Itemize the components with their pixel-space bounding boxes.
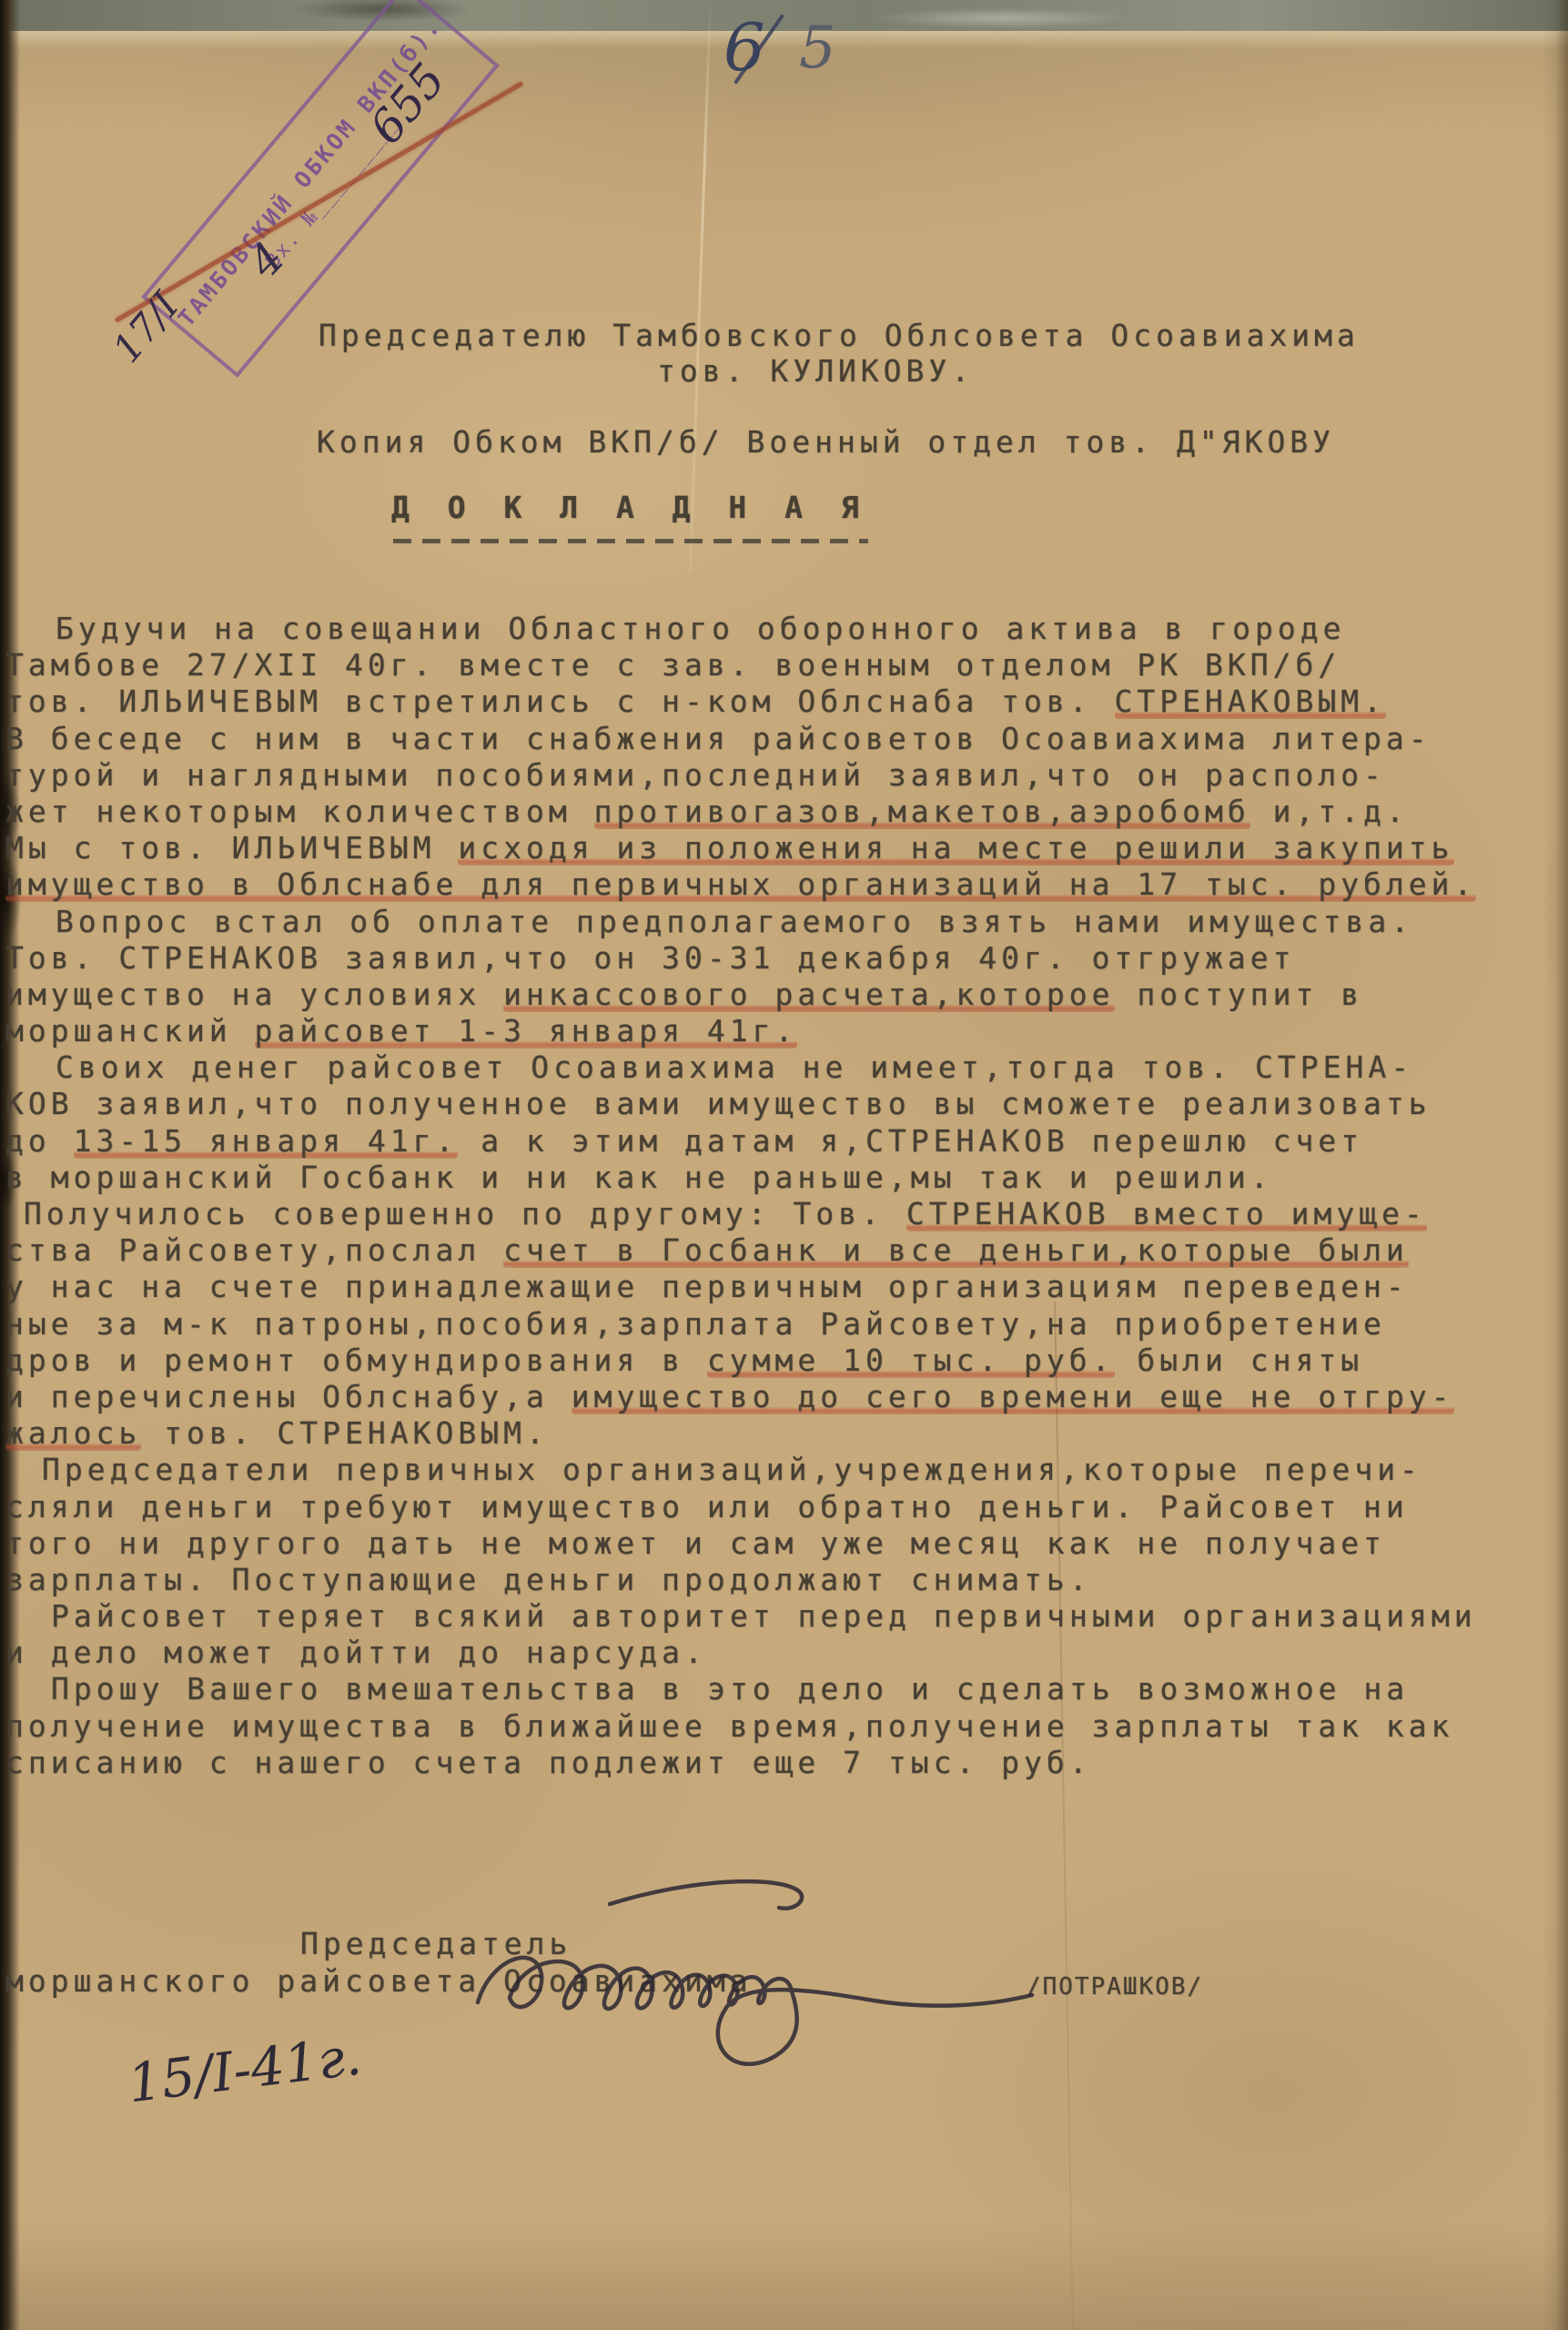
typed-text: Своих денег райсовет Осоавиахима не имее…: [56, 1049, 1413, 1085]
typed-text: В беседе с ним в части снабжения райсове…: [5, 721, 1431, 756]
red-underlined-text: инкассового расчета,которое: [503, 977, 1114, 1012]
document-line: Тамбове 27/XII 40г. вместе с зав. военны…: [5, 647, 1477, 684]
red-underlined-text: счет в Госбанк и все деньги,которые были: [503, 1232, 1409, 1268]
typed-text: в моршанский Госбанк и ни как не раньше,…: [5, 1160, 1273, 1195]
typed-text: Тов. СТРЕНАКОВ заявил,что он 30-31 декаб…: [5, 940, 1295, 976]
document-line: Вопрос встал об оплате предполагаемого в…: [5, 904, 1477, 940]
typed-text: тов. ИЛЬИЧЕВЫМ встретились с н-ком Облсн…: [5, 684, 1115, 719]
document-line: получение имущества в ближайшее время,по…: [5, 1708, 1477, 1745]
scanned-document: { "page": { "corner_marks": { "crossed_d…: [0, 0, 1568, 2330]
document-line: ства Райсовету,послал счет в Госбанк и в…: [5, 1232, 1477, 1269]
typed-text: у нас на счете принадлежащие первичным о…: [5, 1269, 1409, 1304]
document-line: ные за м-к патроны,пособия,зарплата Райс…: [5, 1306, 1477, 1342]
typed-text: получение имущества в ближайшее время,по…: [5, 1708, 1454, 1744]
document-line: и перечислены Облснабу,а имущество до се…: [5, 1379, 1477, 1415]
typed-text: Райсовет теряет всякий авторитет перед п…: [51, 1598, 1477, 1634]
document-line: дров и ремонт обмундирования в сумме 10 …: [5, 1342, 1477, 1379]
document-title: Д О К Л А Д Н А Я: [391, 490, 869, 525]
typed-text: Тамбове 27/XII 40г. вместе с зав. военны…: [5, 647, 1340, 683]
typed-text: списанию с нашего счета подлежит еще 7 т…: [5, 1745, 1092, 1780]
red-underlined-text: сумме 10 тыс. руб.: [707, 1342, 1115, 1378]
document-body: Будучи на совещании Областного оборонног…: [5, 611, 1477, 1781]
document-line: того ни другого дать не может и сам уже …: [5, 1525, 1477, 1562]
typed-text: моршанский: [5, 1013, 255, 1048]
document-line: зарплаты. Поступающие деньги продолжают …: [5, 1562, 1477, 1598]
typed-text: КОВ заявил,что полученное вами имущество…: [5, 1086, 1431, 1121]
document-line: имущество на условиях инкассового расчет…: [5, 977, 1477, 1013]
scan-right-shadow: [1543, 0, 1568, 2330]
typed-text: ства Райсовету,послал: [5, 1232, 503, 1268]
document-line: списанию с нашего счета подлежит еще 7 т…: [5, 1745, 1477, 1781]
typed-text: ные за м-к патроны,пособия,зарплата Райс…: [5, 1306, 1386, 1342]
page-number-mark: 5: [799, 15, 836, 82]
addressee-name-line: тов. КУЛИКОВУ.: [657, 353, 974, 389]
document-line: КОВ заявил,что полученное вами имущество…: [5, 1086, 1477, 1122]
red-underlined-text: жалось: [5, 1415, 141, 1451]
red-underlined-text: противогазов,макетов,аэробомб: [594, 794, 1250, 829]
typed-text: имущество на условиях: [5, 977, 503, 1012]
typed-text: до: [5, 1123, 74, 1159]
paper-top-highlight: [0, 31, 1568, 49]
addressee-line: Председателю Тамбовского Облсовета Осоав…: [319, 318, 1360, 353]
red-underlined-text: имущество до сего времени еще не отгру-: [572, 1379, 1454, 1414]
typed-text: Вопрос встал об оплате предполагаемого в…: [56, 904, 1413, 939]
document-line: турой и наглядными пособиями,последний з…: [5, 757, 1477, 794]
document-line: Райсовет теряет всякий авторитет перед п…: [5, 1598, 1477, 1635]
document-line: Председатели первичных организаций,учреж…: [5, 1452, 1477, 1488]
typed-text: дров и ремонт обмундирования в: [5, 1342, 707, 1378]
document-line: до 13-15 января 41г. а к этим датам я,СТ…: [5, 1123, 1477, 1160]
typed-text: турой и наглядными пособиями,последний з…: [5, 757, 1386, 793]
red-underlined-text: СТРЕНАКОВ вместо имуще-: [906, 1196, 1427, 1231]
document-line: сляли деньги требуют имущество или обрат…: [5, 1489, 1477, 1525]
typed-text: того ни другого дать не может и сам уже …: [5, 1525, 1386, 1561]
typed-text: поступит в: [1115, 977, 1364, 1012]
copy-line: Копия Обком ВКП/б/ Военный отдел тов. Д"…: [317, 424, 1335, 460]
red-underlined-text: 13-15 января 41г.: [74, 1123, 459, 1159]
document-line: в моршанский Госбанк и ни как не раньше,…: [5, 1160, 1477, 1196]
typed-text: и перечислены Облснабу,а: [5, 1379, 572, 1414]
typed-text: Прошу Вашего вмешательства в это дело и …: [51, 1671, 1409, 1707]
typed-text: сляли деньги требуют имущество или обрат…: [5, 1489, 1409, 1525]
document-line: и дело может дойтти до нарсуда.: [5, 1635, 1477, 1671]
document-line: В беседе с ним в части снабжения райсове…: [5, 721, 1477, 757]
document-line: Получилось совершенно по другому: Тов. С…: [5, 1196, 1477, 1232]
document-line: Тов. СТРЕНАКОВ заявил,что он 30-31 декаб…: [5, 940, 1477, 977]
typed-text: Получилось совершенно по другому: Тов.: [24, 1196, 906, 1231]
document-line: Будучи на совещании Областного оборонног…: [5, 611, 1477, 647]
handwritten-signature: [428, 1866, 1119, 2075]
document-line: Прошу Вашего вмешательства в это дело и …: [5, 1671, 1477, 1707]
document-line: тов. ИЛЬИЧЕВЫМ встретились с н-ком Облсн…: [5, 684, 1477, 720]
document-line: у нас на счете принадлежащие первичным о…: [5, 1269, 1477, 1305]
red-underlined-text: СТРЕНАКОВЫМ.: [1115, 684, 1386, 719]
red-underlined-text: исходя из положения на месте решили заку…: [458, 830, 1453, 866]
red-underlined-text: райсовет 1-3 января 41г.: [255, 1013, 798, 1048]
typed-text: Председатели первичных организаций,учреж…: [42, 1452, 1422, 1487]
typed-text: и дело может дойтти до нарсуда.: [5, 1635, 707, 1670]
document-line: моршанский райсовет 1-3 января 41г.: [5, 1013, 1477, 1049]
title-underline-dashes: [393, 539, 868, 543]
red-underlined-text: имущество в Облснабе для первичных орган…: [5, 866, 1476, 902]
typed-text: Будучи на совещании Областного оборонног…: [56, 611, 1345, 646]
typed-text: а к этим датам я,СТРЕНАКОВ перешлю счет: [458, 1123, 1363, 1159]
typed-text: были сняты: [1115, 1342, 1364, 1378]
typed-text: и,т.д.: [1250, 794, 1409, 829]
typed-text: жет некоторым количеством: [5, 794, 594, 829]
typed-text: Мы с тов. ИЛЬИЧЕВЫМ: [5, 830, 458, 866]
typed-text: зарплаты. Поступающие деньги продолжают …: [5, 1562, 1092, 1597]
document-line: Мы с тов. ИЛЬИЧЕВЫМ исходя из положения …: [5, 830, 1477, 866]
document-line: Своих денег райсовет Осоавиахима не имее…: [5, 1049, 1477, 1086]
document-line: имущество в Облснабе для первичных орган…: [5, 866, 1477, 903]
typed-text: тов. СТРЕНАКОВЫМ.: [141, 1415, 549, 1451]
document-line: жет некоторым количеством противогазов,м…: [5, 794, 1477, 830]
document-line: жалось тов. СТРЕНАКОВЫМ.: [5, 1415, 1477, 1452]
